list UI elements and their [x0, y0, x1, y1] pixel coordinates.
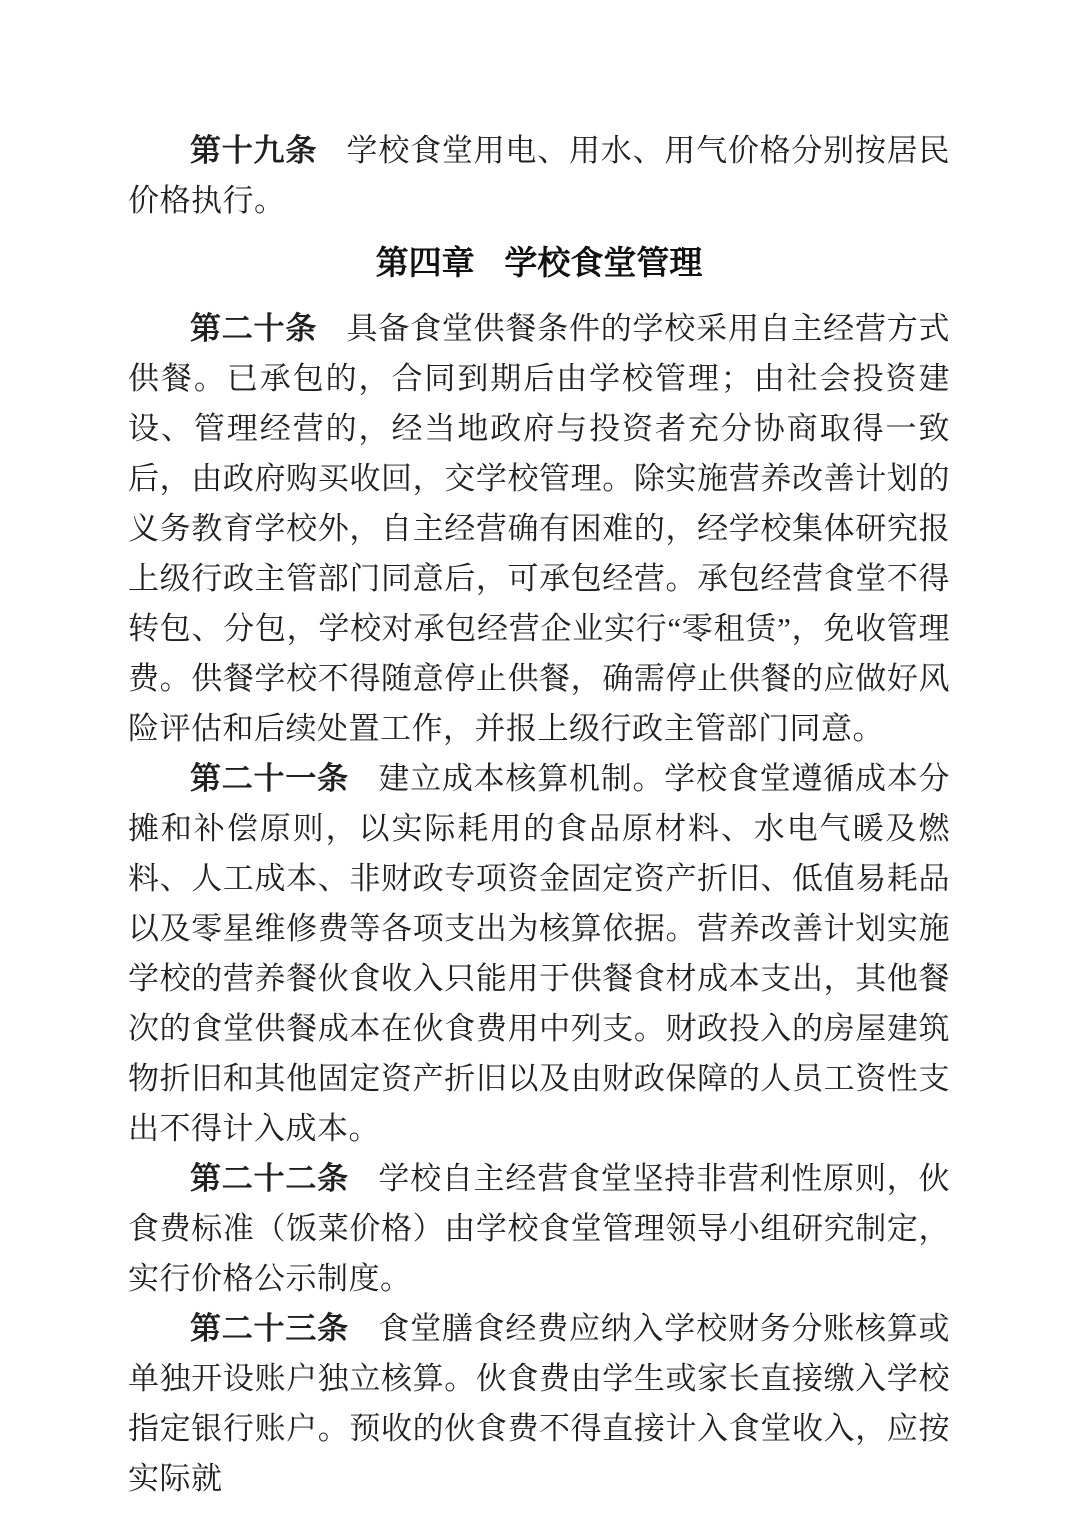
chapter-number: 第四章	[376, 244, 475, 281]
article-paragraph: 第二十一条建立成本核算机制。学校食堂遵循成本分摊和补偿原则，以实际耗用的食品原材…	[128, 754, 950, 1154]
article-number: 第十九条	[190, 133, 317, 168]
article-paragraph: 第二十三条食堂膳食经费应纳入学校财务分账核算或单独开设账户独立核算。伙食费由学生…	[128, 1304, 950, 1504]
article-paragraph: 第二十条具备食堂供餐条件的学校采用自主经营方式供餐。已承包的，合同到期后由学校管…	[128, 304, 950, 754]
article-text: 具备食堂供餐条件的学校采用自主经营方式供餐。已承包的，合同到期后由学校管理；由社…	[128, 311, 950, 746]
article-number: 第二十二条	[190, 1161, 349, 1196]
chapter-title: 学校食堂管理	[504, 244, 702, 281]
article-paragraph: 第十九条学校食堂用电、用水、用气价格分别按居民价格执行。	[128, 126, 950, 226]
article-number: 第二十一条	[190, 761, 349, 796]
article-number: 第二十条	[190, 311, 317, 346]
document-page: 第十九条学校食堂用电、用水、用气价格分别按居民价格执行。 第四章学校食堂管理 第…	[0, 0, 1080, 1527]
article-paragraph: 第二十二条学校自主经营食堂坚持非营利性原则，伙食费标准（饭菜价格）由学校食堂管理…	[128, 1154, 950, 1304]
document-content: 第十九条学校食堂用电、用水、用气价格分别按居民价格执行。 第四章学校食堂管理 第…	[128, 126, 950, 1504]
article-text: 建立成本核算机制。学校食堂遵循成本分摊和补偿原则，以实际耗用的食品原材料、水电气…	[128, 761, 950, 1146]
article-number: 第二十三条	[190, 1311, 349, 1346]
chapter-heading: 第四章学校食堂管理	[128, 238, 950, 288]
